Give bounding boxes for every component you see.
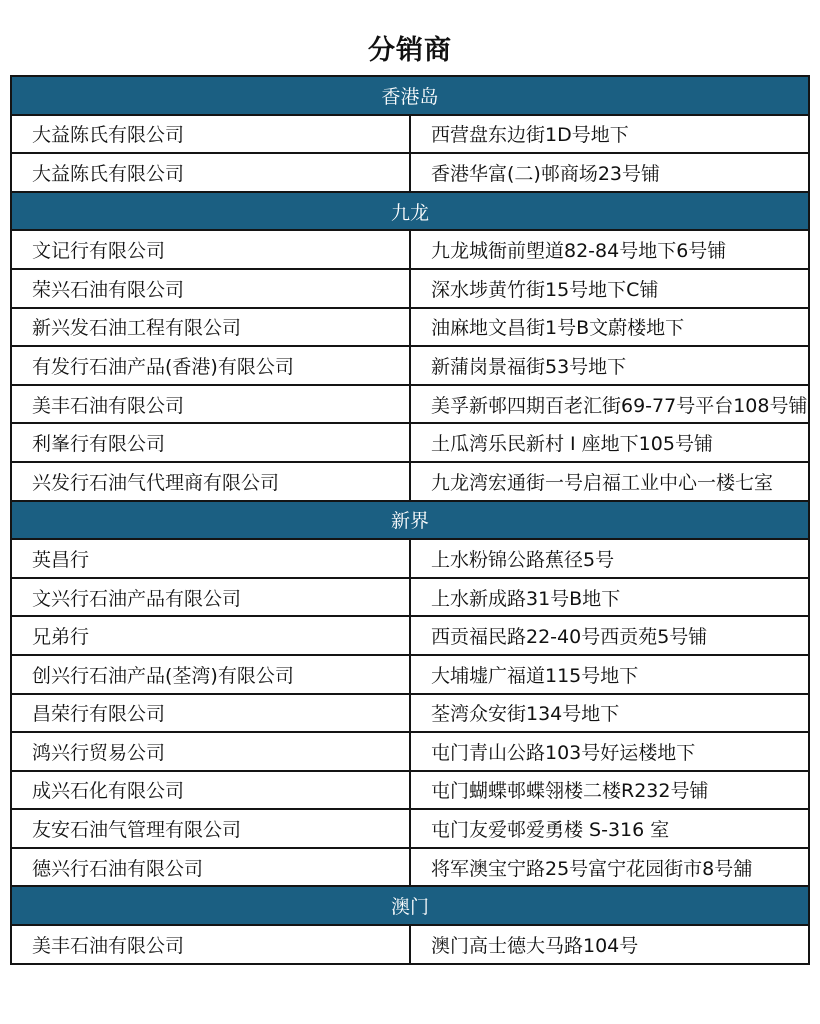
address: 九龙城衙前塱道82-84号地下6号铺 [410, 230, 809, 269]
table-row: 文记行有限公司 九龙城衙前塱道82-84号地下6号铺 [11, 230, 809, 269]
table-row: 文兴行石油产品有限公司 上水新成路31号B地下 [11, 578, 809, 617]
address: 西贡福民路22-40号西贡苑5号铺 [410, 616, 809, 655]
address: 深水埗黄竹街15号地下C铺 [410, 269, 809, 308]
address: 香港华富(二)邨商场23号铺 [410, 153, 809, 192]
table-row: 新兴发石油工程有限公司 油麻地文昌街1号B文蔚楼地下 [11, 308, 809, 347]
address: 西营盘东边街1D号地下 [410, 115, 809, 154]
company-name: 文兴行石油产品有限公司 [11, 578, 410, 617]
table-row: 友安石油气管理有限公司 屯门友爱邨爱勇楼 S-316 室 [11, 809, 809, 848]
company-name: 兴发行石油气代理商有限公司 [11, 462, 410, 501]
region-name: 九龙 [11, 192, 809, 231]
table-row: 有发行石油产品(香港)有限公司 新蒲岗景福街53号地下 [11, 346, 809, 385]
company-name: 德兴行石油有限公司 [11, 848, 410, 887]
company-name: 美丰石油有限公司 [11, 385, 410, 424]
address: 屯门友爱邨爱勇楼 S-316 室 [410, 809, 809, 848]
company-name: 创兴行石油产品(荃湾)有限公司 [11, 655, 410, 694]
table-row: 大益陈氏有限公司 香港华富(二)邨商场23号铺 [11, 153, 809, 192]
distributor-table: 香港岛 大益陈氏有限公司 西营盘东边街1D号地下 大益陈氏有限公司 香港华富(二… [10, 75, 810, 965]
region-name: 澳门 [11, 886, 809, 925]
address: 荃湾众安街134号地下 [410, 694, 809, 733]
region-header-kowloon: 九龙 [11, 192, 809, 231]
address: 屯门青山公路103号好运楼地下 [410, 732, 809, 771]
table-row: 兴发行石油气代理商有限公司 九龙湾宏通街一号启福工业中心一楼七室 [11, 462, 809, 501]
address: 新蒲岗景福街53号地下 [410, 346, 809, 385]
table-row: 成兴石化有限公司 屯门蝴蝶邨蝶翎楼二楼R232号铺 [11, 771, 809, 810]
page-title: 分销商 [0, 28, 820, 67]
address: 大埔墟广福道115号地下 [410, 655, 809, 694]
company-name: 美丰石油有限公司 [11, 925, 410, 964]
table-row: 德兴行石油有限公司 将军澳宝宁路25号富宁花园街市8号舖 [11, 848, 809, 887]
company-name: 大益陈氏有限公司 [11, 153, 410, 192]
table-row: 大益陈氏有限公司 西营盘东边街1D号地下 [11, 115, 809, 154]
address: 油麻地文昌街1号B文蔚楼地下 [410, 308, 809, 347]
company-name: 成兴石化有限公司 [11, 771, 410, 810]
table-row: 美丰石油有限公司 澳门高士德大马路104号 [11, 925, 809, 964]
table-row: 兄弟行 西贡福民路22-40号西贡苑5号铺 [11, 616, 809, 655]
table-row: 昌荣行有限公司 荃湾众安街134号地下 [11, 694, 809, 733]
company-name: 荣兴石油有限公司 [11, 269, 410, 308]
company-name: 文记行有限公司 [11, 230, 410, 269]
table-row: 英昌行 上水粉锦公路蕉径5号 [11, 539, 809, 578]
region-header-macau: 澳门 [11, 886, 809, 925]
company-name: 利峯行有限公司 [11, 423, 410, 462]
table-row: 美丰石油有限公司 美孚新邨四期百老汇街69-77号平台108号铺 [11, 385, 809, 424]
address: 上水粉锦公路蕉径5号 [410, 539, 809, 578]
address: 澳门高士德大马路104号 [410, 925, 809, 964]
company-name: 友安石油气管理有限公司 [11, 809, 410, 848]
company-name: 鸿兴行贸易公司 [11, 732, 410, 771]
table-row: 鸿兴行贸易公司 屯门青山公路103号好运楼地下 [11, 732, 809, 771]
company-name: 新兴发石油工程有限公司 [11, 308, 410, 347]
table-row: 利峯行有限公司 土瓜湾乐民新村 I 座地下105号铺 [11, 423, 809, 462]
company-name: 兄弟行 [11, 616, 410, 655]
region-name: 新界 [11, 501, 809, 540]
table-row: 创兴行石油产品(荃湾)有限公司 大埔墟广福道115号地下 [11, 655, 809, 694]
address: 屯门蝴蝶邨蝶翎楼二楼R232号铺 [410, 771, 809, 810]
address: 上水新成路31号B地下 [410, 578, 809, 617]
region-header-hong-kong-island: 香港岛 [11, 76, 809, 115]
distributor-table-body: 香港岛 大益陈氏有限公司 西营盘东边街1D号地下 大益陈氏有限公司 香港华富(二… [11, 76, 809, 964]
address: 将军澳宝宁路25号富宁花园街市8号舖 [410, 848, 809, 887]
address: 九龙湾宏通街一号启福工业中心一楼七室 [410, 462, 809, 501]
company-name: 昌荣行有限公司 [11, 694, 410, 733]
company-name: 有发行石油产品(香港)有限公司 [11, 346, 410, 385]
address: 美孚新邨四期百老汇街69-77号平台108号铺 [410, 385, 809, 424]
company-name: 大益陈氏有限公司 [11, 115, 410, 154]
region-header-new-territories: 新界 [11, 501, 809, 540]
company-name: 英昌行 [11, 539, 410, 578]
address: 土瓜湾乐民新村 I 座地下105号铺 [410, 423, 809, 462]
table-row: 荣兴石油有限公司 深水埗黄竹街15号地下C铺 [11, 269, 809, 308]
region-name: 香港岛 [11, 76, 809, 115]
